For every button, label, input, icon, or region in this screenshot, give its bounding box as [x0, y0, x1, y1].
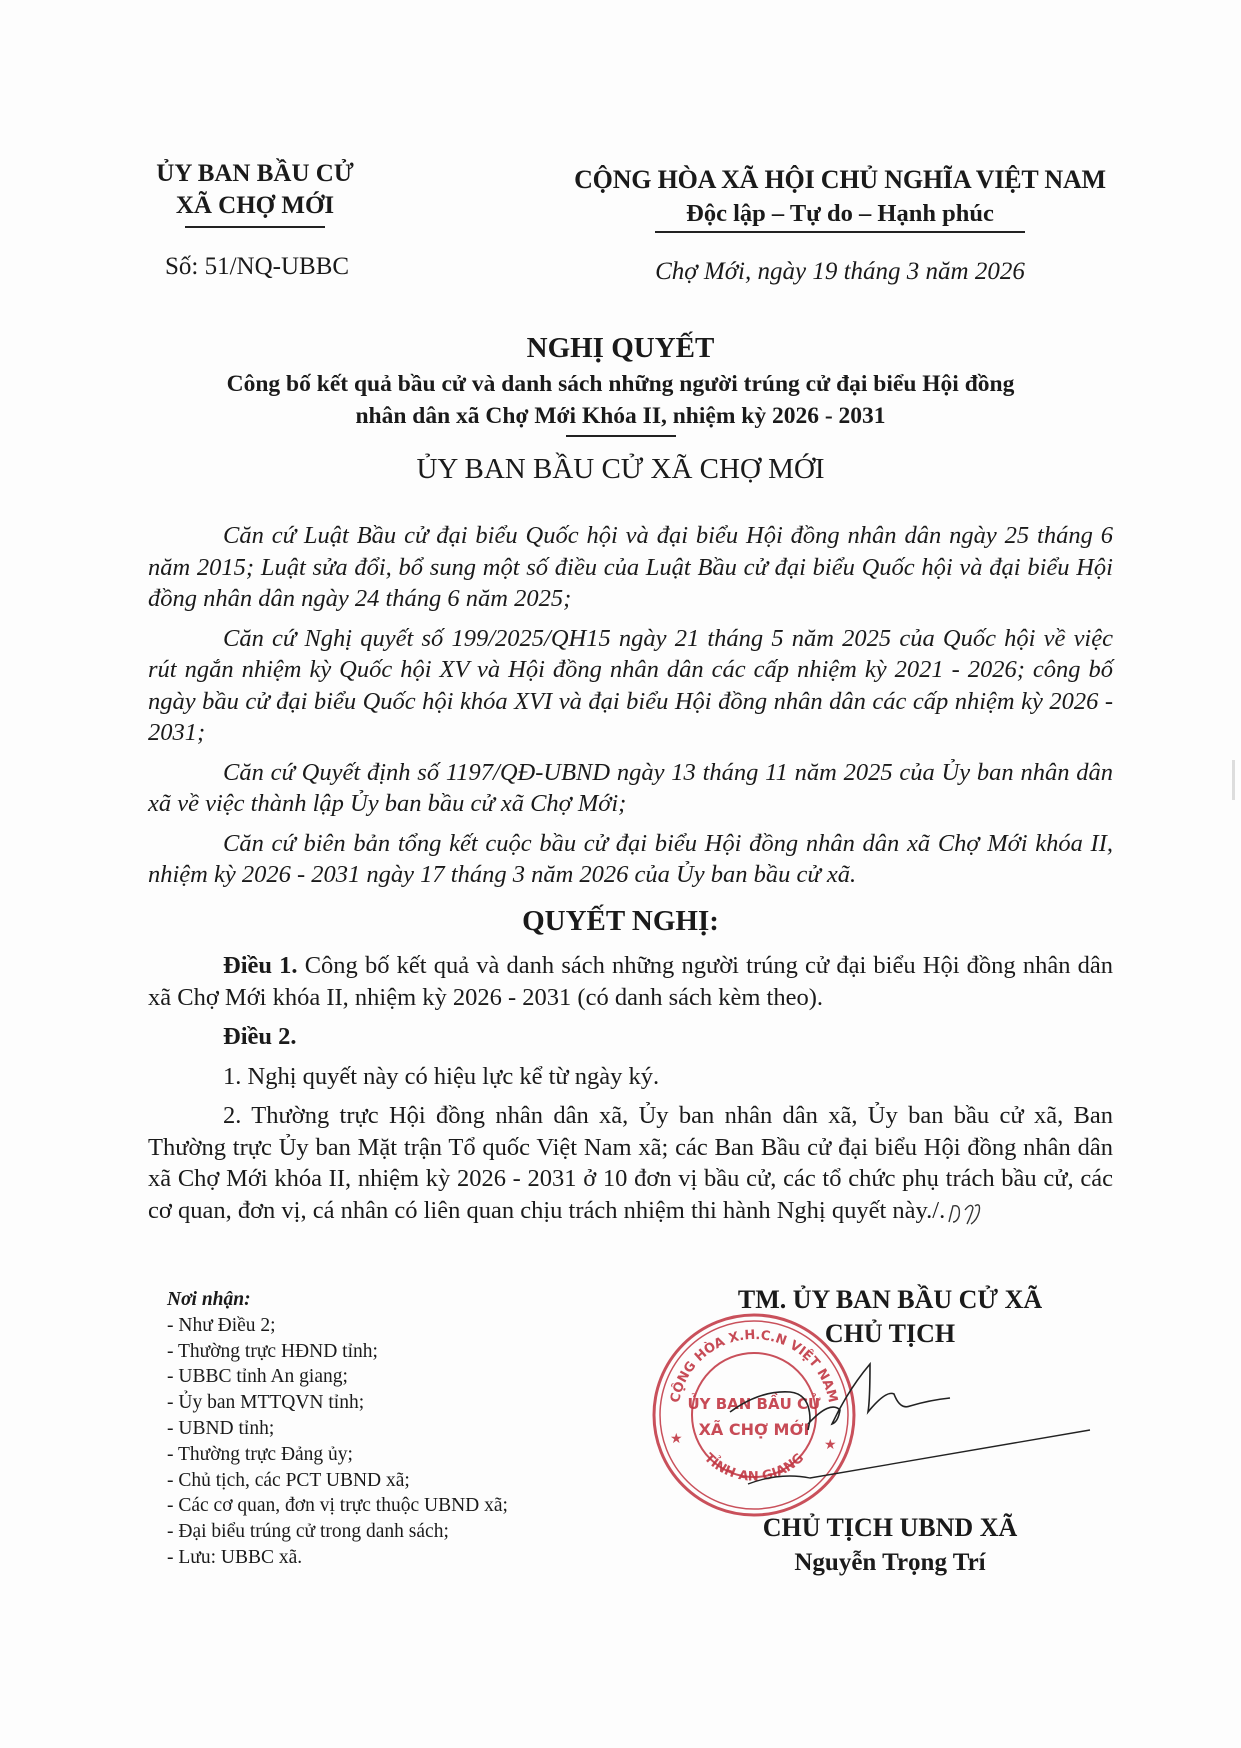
articles: Điều 1. Công bố kết quả và danh sách nhữ… [148, 950, 1113, 1234]
recipient-item: - Lưu: UBBC xã. [167, 1545, 508, 1571]
national-heading: CỘNG HÒA XÃ HỘI CHỦ NGHĨA VIỆT NAM Độc l… [545, 163, 1135, 233]
signatory-name: Nguyễn Trọng Trí [660, 1549, 1120, 1577]
header-right-divider [655, 231, 1025, 233]
article-1-label: Điều 1. [223, 952, 298, 979]
recipients-list: Nơi nhận: - Như Điều 2; - Thường trực HĐ… [167, 1287, 508, 1571]
recipient-item: - Chủ tịch, các PCT UBND xã; [167, 1468, 508, 1494]
issuing-body: ỦY BAN BẦU CỬ XÃ CHỢ MỚI [0, 449, 1241, 489]
recipient-item: - Thường trực HĐND tỉnh; [167, 1339, 508, 1365]
handwritten-initials-icon [945, 1200, 985, 1226]
country-name: CỘNG HÒA XÃ HỘI CHỦ NGHĨA VIỆT NAM [545, 163, 1135, 197]
decision-heading: QUYẾT NGHỊ: [0, 905, 1241, 938]
handwritten-signature-icon [720, 1350, 1100, 1500]
issuing-authority: ỦY BAN BẦU CỬ XÃ CHỢ MỚI [130, 158, 380, 228]
article-1: Điều 1. Công bố kết quả và danh sách nhữ… [148, 950, 1113, 1013]
preamble-clause: Căn cứ Nghị quyết số 199/2025/QH15 ngày … [148, 623, 1113, 749]
header-left-divider [185, 226, 325, 228]
national-motto: Độc lập – Tự do – Hạnh phúc [545, 197, 1135, 231]
title-divider [566, 435, 676, 437]
recipient-item: - Như Điều 2; [167, 1313, 508, 1339]
preamble-clause: Căn cứ biên bản tổng kết cuộc bầu cử đại… [148, 828, 1113, 891]
article-2-item: 1. Nghị quyết này có hiệu lực kể từ ngày… [148, 1061, 1113, 1093]
preamble: Căn cứ Luật Bầu cử đại biểu Quốc hội và … [148, 520, 1113, 899]
scan-artifact [1232, 760, 1235, 800]
document-title-block: NGHỊ QUYẾT Công bố kết quả bầu cử và dan… [0, 328, 1241, 489]
document-subject-line2: nhân dân xã Chợ Mới Khóa II, nhiệm kỳ 20… [0, 400, 1241, 432]
recipients-label: Nơi nhận: [167, 1287, 508, 1313]
document-page: ỦY BAN BẦU CỬ XÃ CHỢ MỚI Số: 51/NQ-UBBC … [0, 0, 1241, 1748]
issuing-authority-line2: XÃ CHỢ MỚI [130, 190, 380, 222]
issuing-authority-line1: ỦY BAN BẦU CỬ [130, 158, 380, 190]
recipient-item: - UBBC tỉnh An giang; [167, 1364, 508, 1390]
recipient-item: - Thường trực Đảng ủy; [167, 1442, 508, 1468]
seal-star-icon: ★ [670, 1431, 683, 1447]
place-and-date: Chợ Mới, ngày 19 tháng 3 năm 2026 [545, 258, 1135, 286]
recipient-item: - UBND tỉnh; [167, 1416, 508, 1442]
article-2-label: Điều 2. [148, 1021, 1113, 1053]
document-subject-line1: Công bố kết quả bầu cử và danh sách nhữn… [0, 368, 1241, 400]
recipient-item: - Ủy ban MTTQVN tỉnh; [167, 1390, 508, 1416]
recipient-item: - Các cơ quan, đơn vị trực thuộc UBND xã… [167, 1493, 508, 1519]
preamble-clause: Căn cứ Quyết định số 1197/QĐ-UBND ngày 1… [148, 757, 1113, 820]
document-number: Số: 51/NQ-UBBC [165, 253, 349, 281]
article-2-item: 2. Thường trực Hội đồng nhân dân xã, Ủy … [148, 1100, 1113, 1226]
preamble-clause: Căn cứ Luật Bầu cử đại biểu Quốc hội và … [148, 520, 1113, 615]
recipient-item: - Đại biểu trúng cử trong danh sách; [167, 1519, 508, 1545]
document-type: NGHỊ QUYẾT [0, 328, 1241, 368]
